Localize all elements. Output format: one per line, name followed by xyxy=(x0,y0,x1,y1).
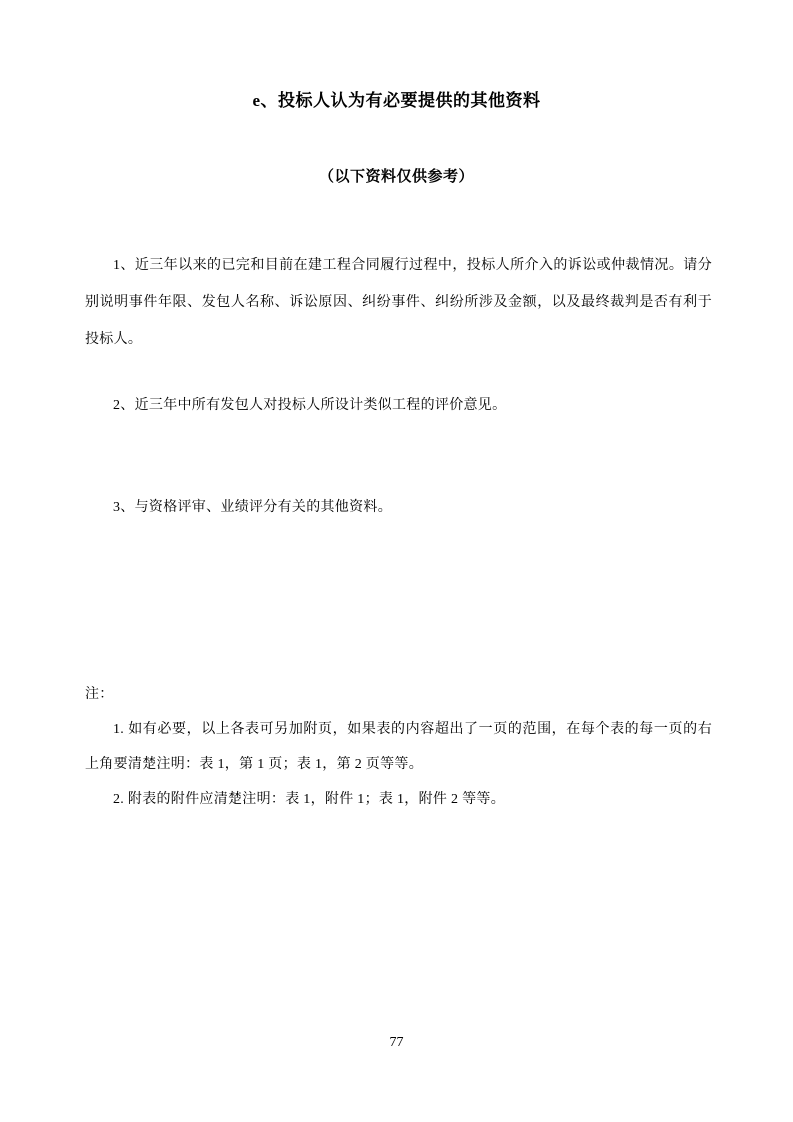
paragraph-other-qualification-materials: 3、与资格评审、业绩评分有关的其他资料。 xyxy=(85,489,712,526)
page-subtitle: （以下资料仅供参考） xyxy=(0,166,793,188)
document-page: e、投标人认为有必要提供的其他资料 （以下资料仅供参考） 1、近三年以来的已完和… xyxy=(0,0,793,1122)
notes-label: 注： xyxy=(85,677,712,712)
note-item-attachments: 2. 附表的附件应清楚注明：表 1，附件 1；表 1，附件 2 等等。 xyxy=(85,782,712,817)
page-title: e、投标人认为有必要提供的其他资料 xyxy=(0,90,793,112)
notes-section: 注： 1. 如有必要，以上各表可另加附页，如果表的内容超出了一页的范围，在每个表… xyxy=(85,677,712,817)
paragraph-litigation-arbitration: 1、近三年以来的已完和目前在建工程合同履行过程中，投标人所介入的诉讼或仲裁情况。… xyxy=(85,247,712,358)
note-item-attached-pages: 1. 如有必要，以上各表可另加附页，如果表的内容超出了一页的范围，在每个表的每一… xyxy=(85,712,712,782)
page-number: 77 xyxy=(0,1034,793,1052)
paragraph-employer-evaluation: 2、近三年中所有发包人对投标人所设计类似工程的评价意见。 xyxy=(85,387,712,424)
